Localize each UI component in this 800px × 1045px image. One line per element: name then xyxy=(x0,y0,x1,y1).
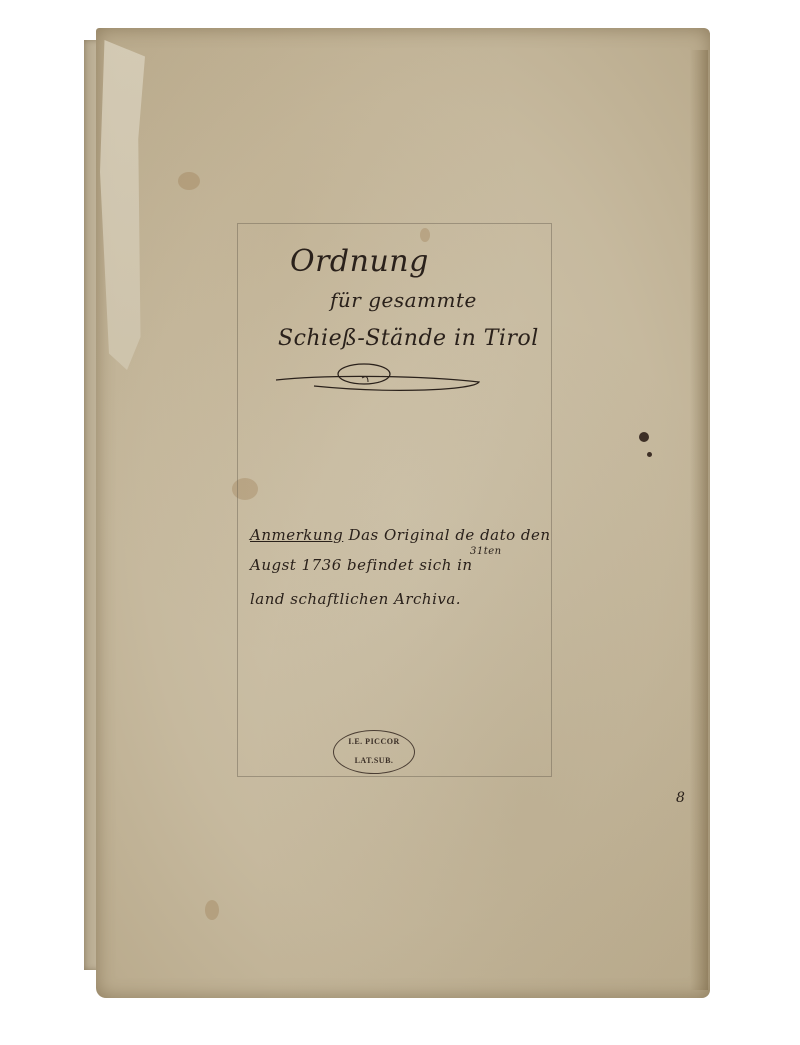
note-line-2: Augst 1736 befindet sich in xyxy=(250,556,473,574)
stamp-bottom-text: LAT.SUB. xyxy=(334,756,414,765)
foxing-stain xyxy=(178,172,200,190)
foxing-stain xyxy=(205,900,219,920)
note-line-1-text: Das Original de dato den xyxy=(343,526,550,544)
title-line-1: Ordnung xyxy=(290,244,429,279)
note-heading: Anmerkung xyxy=(250,526,343,544)
title-line-2: für gesammte xyxy=(330,288,477,312)
margin-mark: 8 xyxy=(676,790,685,806)
note-superscript: 31ten xyxy=(470,546,502,557)
title-line-3: Schieß-Stände in Tirol xyxy=(278,326,539,351)
stamp-top-text: I.E. PICCOR xyxy=(334,737,414,746)
ink-blot xyxy=(647,452,652,457)
oval-stamp: I.E. PICCOR LAT.SUB. xyxy=(333,730,415,774)
right-page-edge xyxy=(690,50,708,990)
ink-blot xyxy=(639,432,649,442)
note-line-1: Anmerkung Das Original de dato den xyxy=(250,526,551,544)
note-line-3: land schaftlichen Archiva. xyxy=(250,590,461,608)
calligraphic-flourish xyxy=(274,360,484,396)
